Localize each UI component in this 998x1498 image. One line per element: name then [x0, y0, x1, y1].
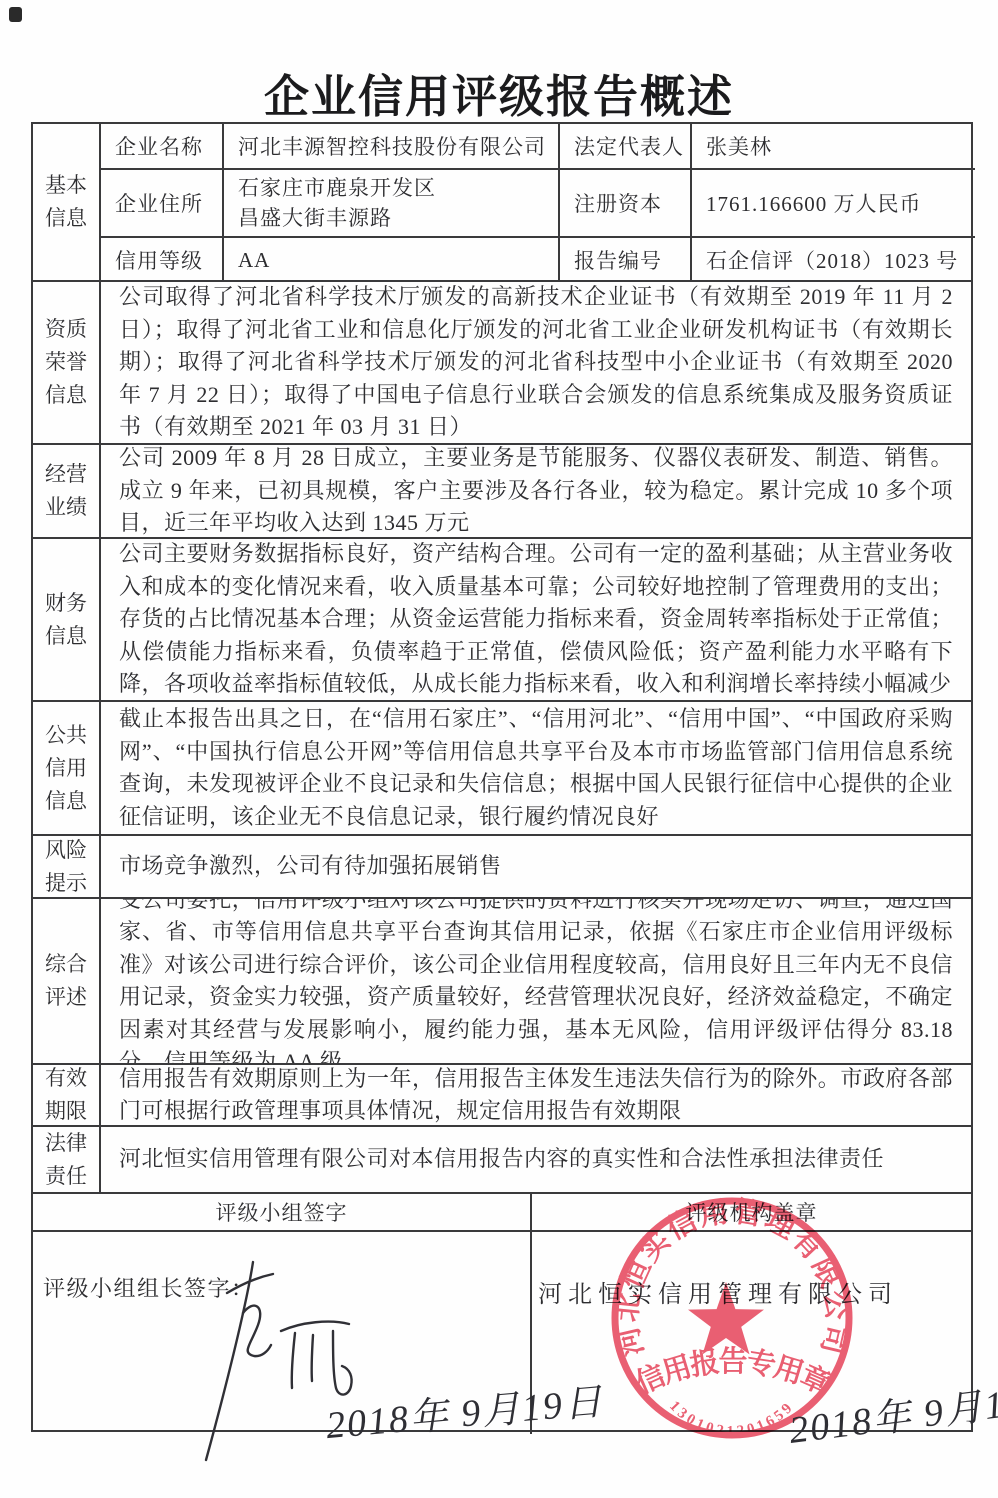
- section-label-risk-warning: 风险提示: [33, 836, 101, 897]
- org-seal-header: 评级机构盖章: [532, 1194, 971, 1230]
- section-label-comprehensive-review: 综合评述: [33, 899, 101, 1063]
- basic-info-grid: 企业名称 河北丰源智控科技股份有限公司 法定代表人 张美林 企业住所 石家庄市鹿…: [101, 124, 975, 280]
- section-content-financial-info: 公司主要财务数据指标良好，资产结构合理。公司有一定的盈利基础；从主营业务收入和成…: [101, 539, 971, 700]
- credit-report-table: 基本信息 企业名称 河北丰源智控科技股份有限公司 法定代表人 张美林 企业住所 …: [31, 122, 973, 1432]
- report-no-label: 报告编号: [560, 238, 692, 282]
- section-content-legal-liability: 河北恒实信用管理有限公司对本信用报告内容的真实性和合法性承担法律责任: [101, 1127, 971, 1192]
- section-row-legal-liability: 法律责任 河北恒实信用管理有限公司对本信用报告内容的真实性和合法性承担法律责任: [33, 1127, 971, 1194]
- section-row-public-credit-info: 公共信用信息 截止本报告出具之日，在“信用石家庄”、“信用河北”、“信用中国”、…: [33, 702, 971, 836]
- team-leader-signature-label: 评级小组组长签字：: [43, 1272, 255, 1303]
- address-value: 石家庄市鹿泉开发区 昌盛大街丰源路: [224, 170, 560, 238]
- section-content-validity-period: 信用报告有效期原则上为一年，信用报告主体发生违法失信行为的除外。市政府各部门可根…: [101, 1065, 971, 1125]
- reg-capital-value: 1761.166600 万人民币: [692, 170, 975, 238]
- rating-org-name: 河北恒实信用管理有限公司: [538, 1274, 898, 1309]
- section-row-risk-warning: 风险提示 市场竞争激烈，公司有待加强拓展销售: [33, 836, 971, 899]
- section-label-financial-info: 财务信息: [33, 539, 101, 700]
- team-signature-header: 评级小组签字: [33, 1194, 532, 1230]
- legal-rep-value: 张美林: [692, 124, 975, 170]
- section-content-business-performance: 公司 2009 年 8 月 28 日成立，主要业务是节能服务、仪器仪表研发、制造…: [101, 445, 971, 537]
- section-label-legal-liability: 法律责任: [33, 1127, 101, 1192]
- page-title: 企业信用评级报告概述: [0, 60, 998, 125]
- credit-rating-label: 信用等级: [101, 238, 224, 282]
- reg-capital-label: 注册资本: [560, 170, 692, 238]
- org-seal-cell: 河北恒实信用管理有限公司: [532, 1232, 971, 1434]
- signature-body-row: 评级小组组长签字： 河北恒实信用管理有限公司: [33, 1232, 971, 1434]
- section-row-financial-info: 财务信息 公司主要财务数据指标良好，资产结构合理。公司有一定的盈利基础；从主营业…: [33, 539, 971, 702]
- section-content-public-credit-info: 截止本报告出具之日，在“信用石家庄”、“信用河北”、“信用中国”、“中国政府采购…: [101, 702, 971, 834]
- company-name-label: 企业名称: [101, 124, 224, 170]
- section-label-public-credit-info: 公共信用信息: [33, 702, 101, 834]
- section-label-qualification-honors: 资质荣誉信息: [33, 282, 101, 443]
- address-label: 企业住所: [101, 170, 224, 238]
- section-row-comprehensive-review: 综合评述 受公司委托，信用评级小组对该公司提供的资料进行核实并现场走访、调查，通…: [33, 899, 971, 1065]
- section-content-risk-warning: 市场竞争激烈，公司有待加强拓展销售: [101, 836, 971, 897]
- credit-rating-value: AA: [224, 238, 560, 282]
- company-name-value: 河北丰源智控科技股份有限公司: [224, 124, 560, 170]
- signature-header-row: 评级小组签字 评级机构盖章: [33, 1194, 971, 1232]
- report-no-value: 石企信评（2018）1023 号: [692, 238, 975, 282]
- section-label-business-performance: 经营业绩: [33, 445, 101, 537]
- section-row-qualification-honors: 资质荣誉信息 公司取得了河北省科学技术厅颁发的高新技术企业证书（有效期至 201…: [33, 282, 971, 445]
- section-content-comprehensive-review: 受公司委托，信用评级小组对该公司提供的资料进行核实并现场走访、调查，通过国家、省…: [101, 899, 971, 1063]
- section-row-business-performance: 经营业绩 公司 2009 年 8 月 28 日成立，主要业务是节能服务、仪器仪表…: [33, 445, 971, 539]
- section-row-basic-info: 基本信息 企业名称 河北丰源智控科技股份有限公司 法定代表人 张美林 企业住所 …: [33, 124, 971, 282]
- address-line2: 昌盛大街丰源路: [238, 203, 558, 233]
- section-content-qualification-honors: 公司取得了河北省科学技术厅颁发的高新技术企业证书（有效期至 2019 年 11 …: [101, 282, 971, 443]
- team-signature-cell: 评级小组组长签字：: [33, 1232, 532, 1434]
- section-label-validity-period: 有效期限: [33, 1065, 101, 1125]
- address-line1: 石家庄市鹿泉开发区: [238, 173, 558, 203]
- section-row-validity-period: 有效期限 信用报告有效期原则上为一年，信用报告主体发生违法失信行为的除外。市政府…: [33, 1065, 971, 1127]
- section-label-basic-info: 基本信息: [33, 124, 101, 280]
- scan-artifact: [9, 7, 22, 22]
- legal-rep-label: 法定代表人: [560, 124, 692, 170]
